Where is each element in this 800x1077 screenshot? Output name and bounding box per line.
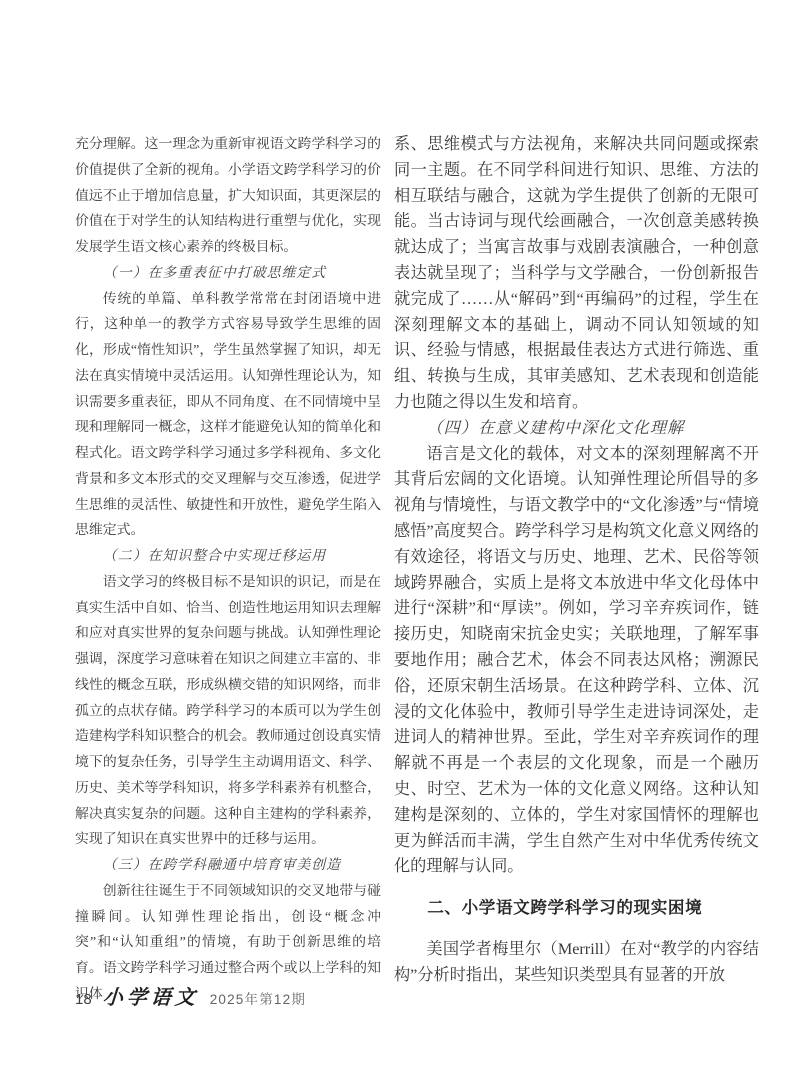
paragraph: 语文学习的终极目标不是知识的识记，而是在真实生活中自如、恰当、创造性地运用知识去… [75,570,381,853]
page-number: 18 [75,991,92,1008]
subsection-heading-3: （三）在跨学科融通中培育审美创造 [75,853,381,879]
subsection-heading-4: （四）在意义建构中深化文化理解 [394,416,759,442]
journal-page: 充分理解。这一理念为重新审视语文跨学科学习的价值提供了全新的视角。小学语文跨学科… [0,0,800,1077]
paragraph: 美国学者梅里尔（Merrill）在对“教学的内容结构”分析时指出，某些知识类型具… [394,937,759,989]
subsection-heading-2: （二）在知识整合中实现迁移运用 [75,544,381,570]
page-footer: 18 小学语文 2025年第12期 [75,981,306,1010]
paragraph: 语言是文化的载体，对文本的深刻理解离不开其背后宏阔的文化语境。认知弹性理论所倡导… [394,442,759,881]
paragraph: 系、思维模式与方法视角，来解决共同问题或探索同一主题。在不同学科间进行知识、思维… [394,132,759,416]
paragraph: 传统的单篇、单科教学常常在封闭语境中进行，这种单一的教学方式容易导致学生思维的固… [75,287,381,545]
text-column-left: 充分理解。这一理念为重新审视语文跨学科学习的价值提供了全新的视角。小学语文跨学科… [75,132,381,1008]
subsection-heading-1: （一）在多重表征中打破思维定式 [75,261,381,287]
issue-info: 2025年第12期 [210,988,306,1008]
paragraph: 充分理解。这一理念为重新审视语文跨学科学习的价值提供了全新的视角。小学语文跨学科… [75,132,381,261]
journal-logo: 小学语文 [102,981,200,1010]
text-column-right: 系、思维模式与方法视角，来解决共同问题或探索同一主题。在不同学科间进行知识、思维… [394,132,759,989]
section-heading-2: 二、小学语文跨学科学习的现实困境 [394,895,759,921]
